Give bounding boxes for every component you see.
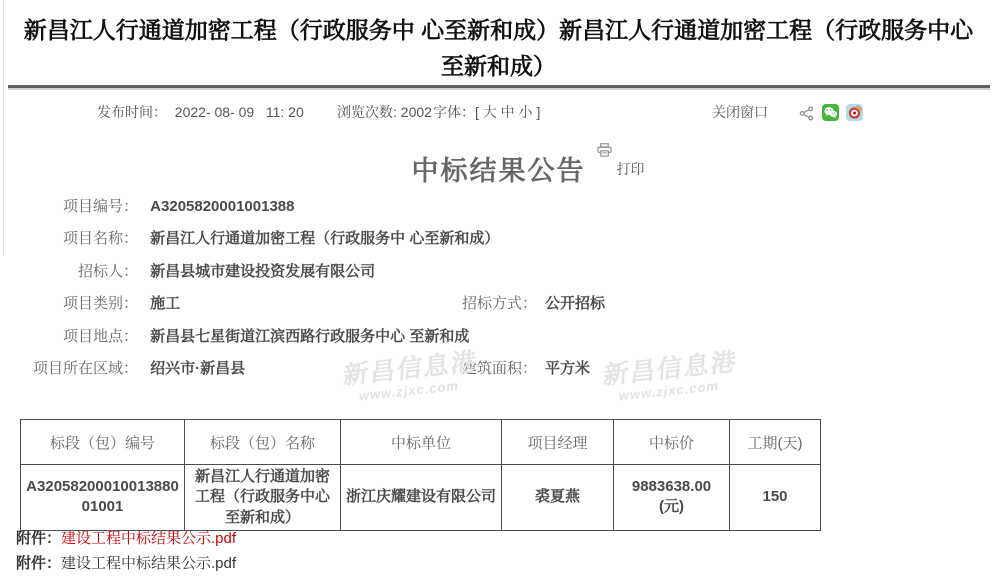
price-value: 9883638.00 [618, 477, 725, 497]
field-project-name: 项目名称： 新昌江人行通道加密工程（行政服务中 心至新和成） [0, 228, 997, 250]
close-window-button[interactable]: 关闭窗口 [712, 102, 768, 122]
field-label: 项目名称： [0, 228, 138, 249]
header-duration: 工期(天) [730, 420, 821, 465]
publish-time: 发布时间： 2022- 08- 09 11: 20 [97, 102, 304, 122]
announcement-heading: 中标结果公告 [0, 149, 997, 188]
field-label: 项目编号： [0, 196, 138, 217]
wechat-icon[interactable] [822, 104, 839, 121]
field-label: 项目类别： [0, 293, 138, 314]
field-value: A3205820001001388 [150, 198, 294, 215]
attachment-label: 附件： [16, 530, 61, 547]
field-value: 施工 [150, 295, 180, 312]
field-tenderee: 招标人： 新昌县城市建设投资发展有限公司 [0, 261, 997, 283]
field-value: 平方米 [545, 358, 590, 379]
meta-bar: 发布时间： 2022- 08- 09 11: 20 浏览次数: 2002 字体：… [0, 102, 997, 124]
cell-price: 9883638.00 (元) [614, 465, 730, 531]
header-price: 中标价 [614, 420, 730, 465]
cell-winner: 浙江庆耀建设有限公司 [341, 465, 502, 531]
field-label: 建筑面积： [445, 358, 537, 379]
cell-section-name: 新昌江人行通道加密工程（行政服务中心至新和成） [185, 465, 341, 531]
field-label: 项目地点： [0, 326, 138, 347]
attachment-row-2: 附件：建设工程中标结果公示.pdf [16, 554, 236, 574]
field-label: 招标人： [0, 261, 138, 282]
header-section-no: 标段（包）编号 [21, 420, 185, 465]
header-manager: 项目经理 [502, 420, 614, 465]
page-title: 新昌江人行通道加密工程（行政服务中 心至新和成）新昌江人行通道加密工程（行政服务… [0, 12, 997, 84]
attachment-link-pdf[interactable]: 建设工程中标结果公示.pdf [61, 555, 236, 572]
field-value: 新昌县七星街道江滨西路行政服务中心 至新和成 [150, 328, 469, 345]
attachment-label: 附件： [16, 555, 61, 572]
field-label: 项目所在区域： [0, 358, 138, 379]
field-region-area: 项目所在区域： 绍兴市·新昌县 建筑面积： 平方米 [0, 358, 997, 380]
view-count: 浏览次数: 2002 [337, 102, 432, 122]
header-section-name: 标段（包）名称 [185, 420, 341, 465]
cell-duration: 150 [730, 465, 821, 531]
field-location: 项目地点： 新昌县七星街道江滨西路行政服务中心 至新和成 [0, 326, 997, 348]
announcement-page: 新昌江人行通道加密工程（行政服务中 心至新和成）新昌江人行通道加密工程（行政服务… [0, 0, 997, 583]
bid-results-table: 标段（包）编号 标段（包）名称 中标单位 项目经理 中标价 工期(天) A320… [20, 419, 821, 531]
field-value: 新昌县城市建设投资发展有限公司 [150, 263, 375, 280]
font-size-control[interactable]: 字体：[ 大 中 小 ] [433, 102, 540, 122]
field-project-no: 项目编号： A3205820001001388 [0, 196, 997, 218]
cell-section-no: A3205820001001388001001 [21, 465, 185, 531]
field-value: 公开招标 [545, 293, 605, 314]
attachment-row-1: 附件：建设工程中标结果公示.pdf [16, 529, 236, 549]
share-nodes-icon[interactable] [799, 106, 814, 121]
field-value: 新昌江人行通道加密工程（行政服务中 心至新和成） [150, 230, 499, 247]
table-header-row: 标段（包）编号 标段（包）名称 中标单位 项目经理 中标价 工期(天) [21, 420, 821, 465]
field-category-method: 项目类别： 施工 招标方式： 公开招标 [0, 293, 997, 315]
title-separator [8, 85, 990, 90]
price-unit: (元) [618, 497, 725, 517]
weibo-icon[interactable] [846, 104, 863, 121]
header-winner: 中标单位 [341, 420, 502, 465]
cell-manager: 裘夏燕 [502, 465, 614, 531]
field-label: 招标方式： [445, 293, 537, 314]
field-value: 绍兴市·新昌县 [150, 360, 245, 377]
attachment-link-pdf[interactable]: 建设工程中标结果公示.pdf [61, 530, 236, 547]
table-row: A3205820001001388001001 新昌江人行通道加密工程（行政服务… [21, 465, 821, 531]
